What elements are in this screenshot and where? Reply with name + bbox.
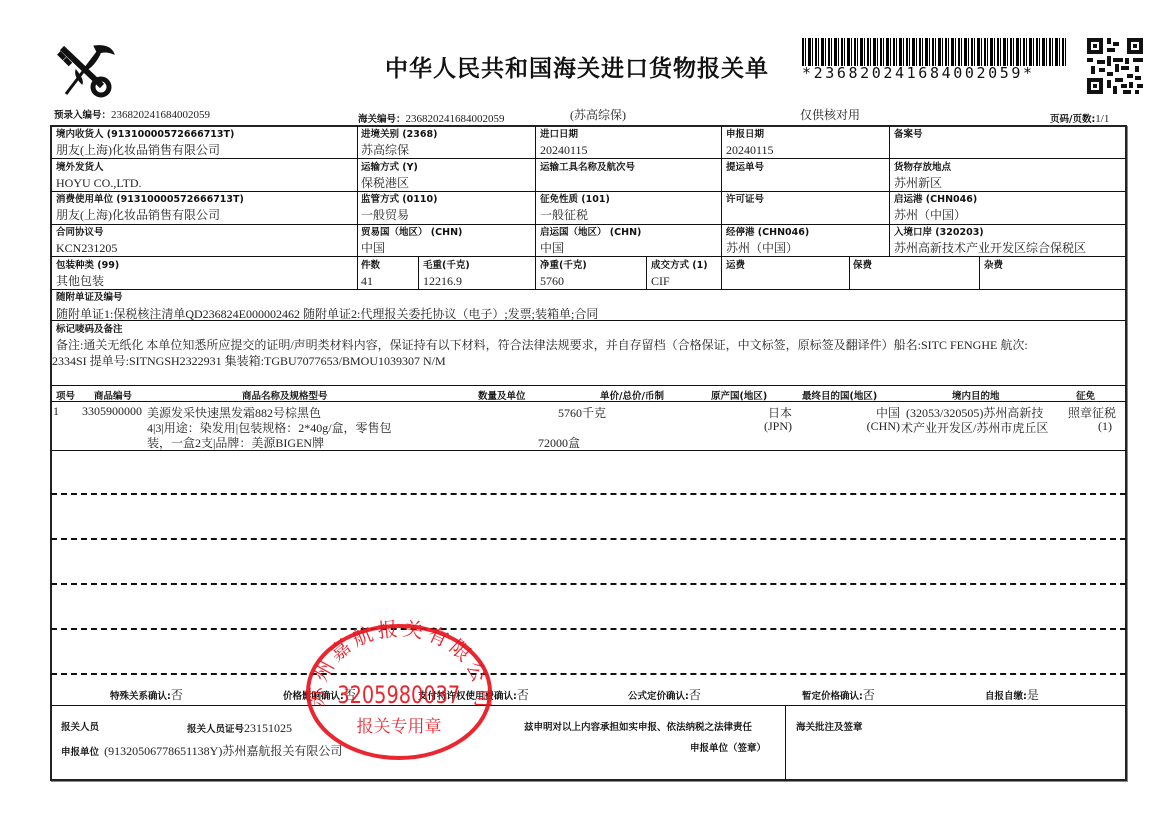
col-price: 单价/总价/币制 bbox=[600, 388, 664, 402]
overseas-consignor: 境外发货人HOYU CO.,LTD. bbox=[56, 161, 142, 191]
departure-country: 启运国（地区） (CHN)中国 bbox=[540, 226, 641, 256]
contract-number: 合同协议号KCN231205 bbox=[56, 226, 117, 256]
item-hs-code: 3305900000 bbox=[82, 404, 142, 419]
domestic-consignee: 境内收货人 (91310000572666713T)朋友(上海)化妆品销售有限公… bbox=[56, 128, 234, 158]
transit-port: 经停港 (CHN046)苏州（中国） bbox=[726, 226, 809, 256]
declaring-unit-seal: 申报单位（签章） bbox=[690, 740, 766, 754]
col-quantity-unit: 数量及单位 bbox=[478, 388, 526, 402]
self-declare-pay: 自报自缴:是 bbox=[985, 684, 1039, 703]
col-name-spec: 商品名称及规格型号 bbox=[242, 388, 328, 402]
marks-and-remarks: 标记唛码及备注 备注:通关无纸化 本单位知悉所应提交的证明/声明类材料内容，保证… bbox=[52, 323, 1122, 369]
declarant-label: 报关人员 bbox=[61, 719, 99, 733]
transaction-mode: 成交方式 (1)CIF bbox=[651, 259, 708, 289]
bill-of-lading: 提运单号 bbox=[726, 161, 764, 175]
item-origin-code: (JPN) bbox=[700, 419, 792, 434]
barcode-number: *236820241684002059* bbox=[802, 64, 1072, 82]
freight: 运费 bbox=[726, 259, 745, 273]
item-name-line3: 装，一盒2支|品牌：美源BIGEN牌 bbox=[147, 434, 324, 451]
departure-port: 启运港 (CHN046)苏州（中国） bbox=[894, 193, 977, 223]
license-number: 许可证号 bbox=[726, 193, 764, 207]
svg-text:3205980037: 3205980037 bbox=[337, 682, 460, 710]
declarant-cert: 报关人员证号23151025 bbox=[187, 717, 292, 736]
import-date: 进口日期20240115 bbox=[540, 128, 588, 158]
package-count: 件数41 bbox=[361, 259, 380, 289]
barcode bbox=[802, 38, 1067, 66]
pre-entry-number: 预录入编号：236820241684002059 bbox=[54, 107, 210, 121]
svg-text:报关专用章: 报关专用章 bbox=[357, 716, 442, 737]
page-number: 页码/页数:1/1 bbox=[1050, 107, 1109, 126]
page-title: 中华人民共和国海关进口货物报关单 bbox=[385, 50, 769, 83]
provisional-price-confirm: 暂定价格确认:否 bbox=[802, 684, 875, 703]
levy-nature: 征免性质 (101)一般征税 bbox=[540, 193, 610, 223]
special-relationship-confirm: 特殊关系确认:否 bbox=[110, 684, 183, 703]
customs-office: (苏高综保) bbox=[570, 106, 626, 123]
customs-number: 海关编号：236820241684002059 bbox=[358, 107, 505, 126]
transport-mode: 运输方式 (Y)保税港区 bbox=[361, 161, 418, 191]
col-hs-code: 商品编号 bbox=[94, 388, 132, 402]
item-domestic-dest-line2: 术产业开发区/苏州市虎丘区 bbox=[901, 419, 1048, 436]
attached-documents: 随附单证及编号 随附单证1:保税核注清单QD236824E000002462 随… bbox=[56, 291, 598, 322]
trade-country: 贸易国（地区） (CHN)中国 bbox=[361, 226, 462, 256]
qr-code-icon bbox=[1087, 38, 1143, 94]
item-qty-box: 72000盒 bbox=[490, 434, 580, 451]
insurance: 保费 bbox=[853, 259, 872, 273]
storage-location: 货物存放地点苏州新区 bbox=[894, 161, 951, 191]
vessel-voyage: 运输工具名称及航次号 bbox=[540, 161, 635, 175]
customs-approval: 海关批注及签章 bbox=[796, 719, 863, 733]
net-weight: 净重(千克)5760 bbox=[540, 259, 587, 289]
declaration-date: 申报日期20240115 bbox=[726, 128, 774, 158]
col-levy: 征免 bbox=[1076, 388, 1095, 402]
item-no: 1 bbox=[53, 404, 59, 419]
consumer-unit: 消费使用单位 (91310000572666713T)朋友(上海)化妆品销售有限… bbox=[56, 193, 244, 223]
entry-customs: 进境关别 (2368)苏高综保 bbox=[361, 128, 437, 158]
gross-weight: 毛重(千克)12216.9 bbox=[423, 259, 470, 289]
legal-statement: 兹申明对以上内容承担如实申报、依法纳税之法律责任 bbox=[524, 719, 752, 733]
package-type: 包装种类 (99)其他包装 bbox=[56, 259, 119, 289]
col-item-no: 项号 bbox=[56, 388, 75, 402]
item-levy-code: (1) bbox=[1060, 419, 1112, 434]
col-destination: 最终目的国(地区) bbox=[802, 388, 877, 402]
company-seal-stamp: 苏州嘉航报关有限公司 3205980037 报关专用章 bbox=[304, 620, 494, 760]
entry-port: 入境口岸 (320203)苏州高新技术产业开发区综合保税区 bbox=[894, 226, 1086, 256]
formula-pricing-confirm: 公式定价确认:否 bbox=[628, 684, 701, 703]
col-origin: 原产国(地区) bbox=[711, 388, 767, 402]
item-destination-code: (CHN) bbox=[820, 419, 900, 434]
customs-emblem-icon bbox=[54, 40, 116, 102]
verify-only-note: 仅供核对用 bbox=[800, 106, 860, 123]
supervision-mode: 监管方式 (0110)一般贸易 bbox=[361, 193, 437, 223]
declaring-unit: 申报单位 (91320506778651138Y)苏州嘉航报关有限公司 bbox=[61, 740, 342, 759]
item-qty-kg: 5760千克 bbox=[490, 404, 606, 421]
col-domestic-dest: 境内目的地 bbox=[952, 388, 1000, 402]
record-number: 备案号 bbox=[894, 128, 923, 142]
misc-charges: 杂费 bbox=[984, 259, 1003, 273]
